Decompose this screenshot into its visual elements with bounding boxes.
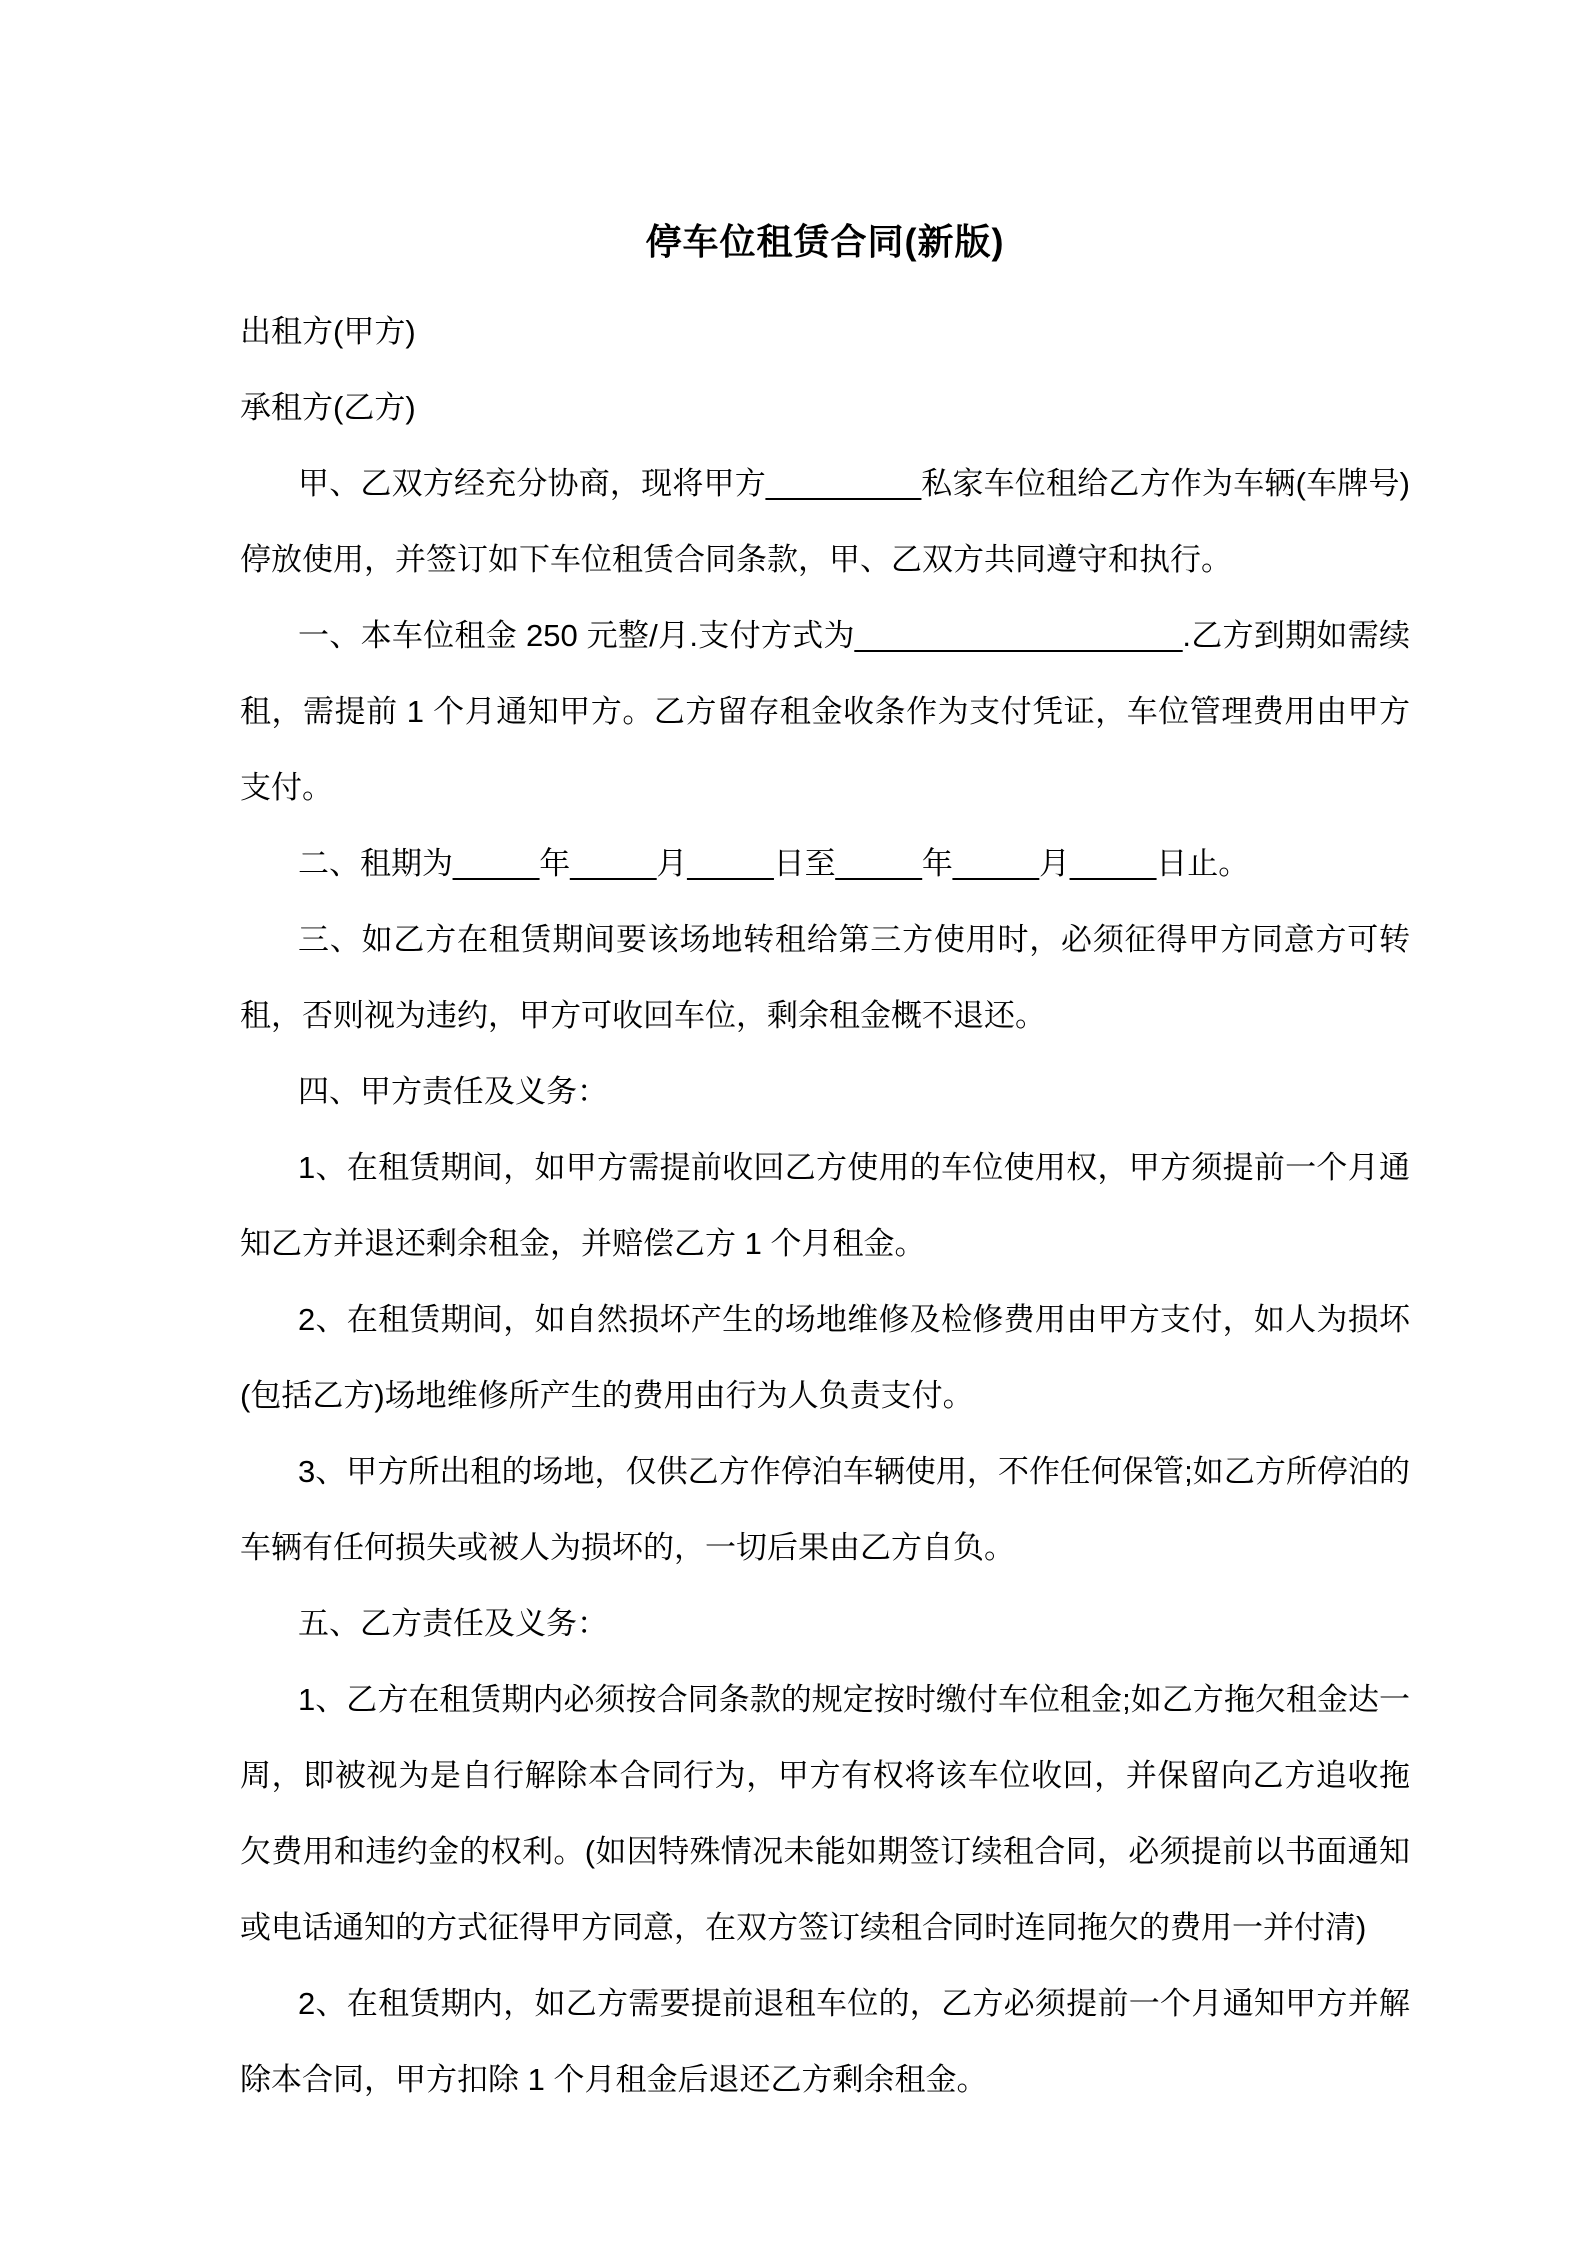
clause-2-term: 二、租期为_____年_____月_____日至_____年_____月____… bbox=[240, 826, 1410, 902]
clause-4-item-1: 1、在租赁期间，如甲方需提前收回乙方使用的车位使用权，甲方须提前一个月通知乙方并… bbox=[240, 1130, 1410, 1282]
clause-4-item-2: 2、在租赁期间，如自然损坏产生的场地维修及检修费用由甲方支付，如人为损坏(包括乙… bbox=[240, 1282, 1410, 1434]
clause-5-item-1: 1、乙方在租赁期内必须按合同条款的规定按时缴付车位租金;如乙方拖欠租金达一周，即… bbox=[240, 1662, 1410, 1966]
document-title: 停车位租赁合同(新版) bbox=[240, 204, 1410, 280]
preamble-paragraph: 甲、乙双方经充分协商，现将甲方_________私家车位租给乙方作为车辆(车牌号… bbox=[240, 446, 1410, 598]
lessor-line: 出租方(甲方) bbox=[240, 294, 1410, 370]
clause-5-heading: 五、乙方责任及义务： bbox=[240, 1586, 1410, 1662]
lessee-line: 承租方(乙方) bbox=[240, 370, 1410, 446]
clause-5-item-2: 2、在租赁期内，如乙方需要提前退租车位的，乙方必须提前一个月通知甲方并解除本合同… bbox=[240, 1966, 1410, 2118]
clause-4-item-3: 3、甲方所出租的场地，仅供乙方作停泊车辆使用，不作任何保管;如乙方所停泊的车辆有… bbox=[240, 1434, 1410, 1586]
clause-1-rent: 一、本车位租金 250 元整/月.支付方式为__________________… bbox=[240, 598, 1410, 826]
clause-4-heading: 四、甲方责任及义务： bbox=[240, 1054, 1410, 1130]
contract-page: 停车位租赁合同(新版) 出租方(甲方) 承租方(乙方) 甲、乙双方经充分协商，现… bbox=[0, 0, 1586, 2244]
clause-3-sublet: 三、如乙方在租赁期间要该场地转租给第三方使用时，必须征得甲方同意方可转租，否则视… bbox=[240, 902, 1410, 1054]
